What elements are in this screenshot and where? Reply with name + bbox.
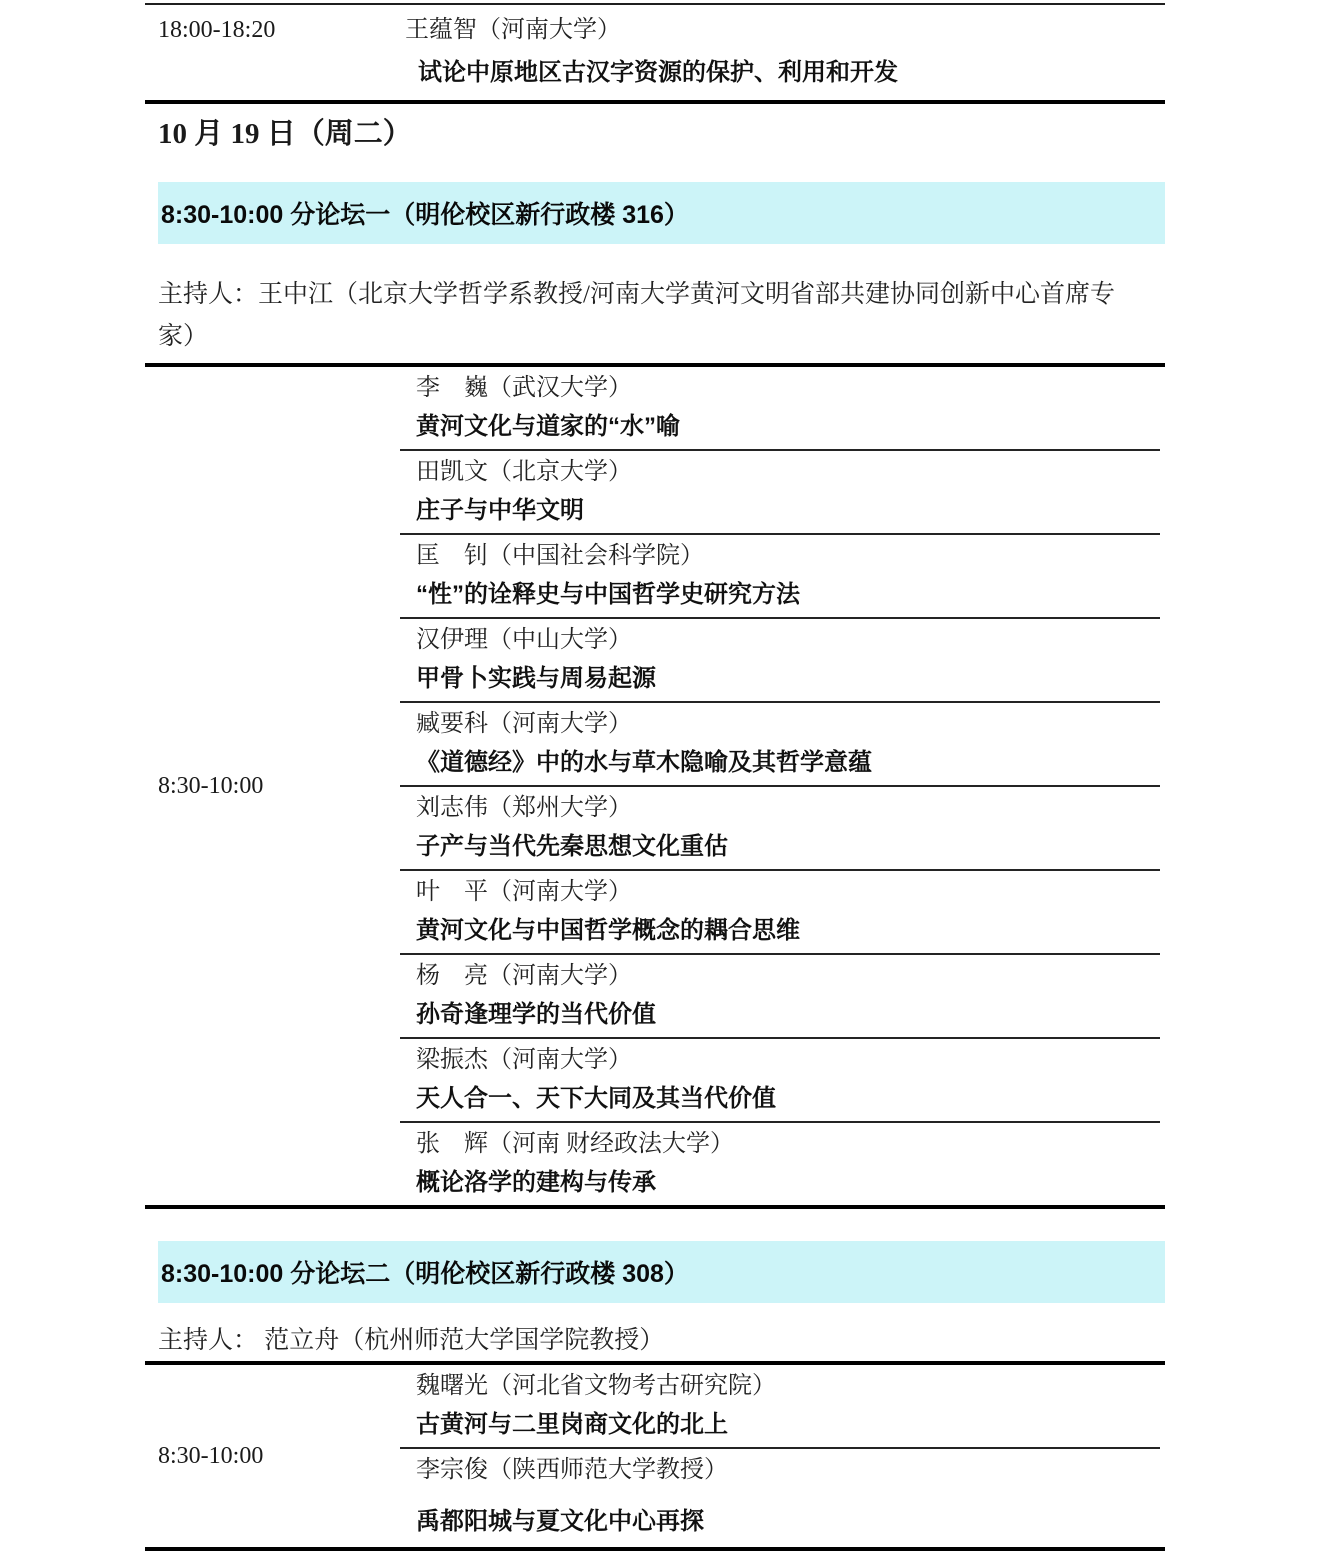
talk-row: 田凯文（北京大学） 庄子与中华文明 — [400, 451, 1160, 535]
session-time: 8:30-10:00 — [158, 772, 263, 800]
session-banner-forum-1: 8:30-10:00 分论坛一（明伦校区新行政楼 316） — [158, 182, 1165, 244]
talk-speaker: 刘志伟（郑州大学） — [416, 795, 1160, 822]
session-table-forum-2: 8:30-10:00 魏曙光（河北省文物考古研究院） 古黄河与二里岗商文化的北上… — [145, 1361, 1165, 1551]
talk-title: 庄子与中华文明 — [416, 497, 1160, 524]
date-heading: 10 月 19 日（周二） — [158, 116, 1165, 152]
talk-title: 黄河文化与道家的“水”喻 — [416, 413, 1160, 440]
talk-title: 古黄河与二里岗商文化的北上 — [416, 1411, 1160, 1438]
page-content: 18:00-18:20 王蕴智（河南大学） 试论中原地区古汉字资源的保护、利用和… — [145, 3, 1165, 1551]
talk-speaker: 魏曙光（河北省文物考古研究院） — [416, 1373, 1160, 1400]
talk-speaker: 杨 亮（河南大学） — [416, 963, 1160, 990]
talk-title: 甲骨卜实践与周易起源 — [416, 665, 1160, 692]
session-table-forum-1: 8:30-10:00 李 巍（武汉大学） 黄河文化与道家的“水”喻 田凯文（北京… — [145, 363, 1165, 1209]
previous-session-line1: 18:00-18:20 王蕴智（河南大学） — [145, 15, 1165, 45]
talk-title: 试论中原地区古汉字资源的保护、利用和开发 — [418, 58, 1165, 88]
talk-title: 禹都阳城与夏文化中心再探 — [416, 1508, 1160, 1535]
session-time: 18:00-18:20 — [145, 15, 405, 45]
talk-speaker: 李宗俊（陕西师范大学教授） — [416, 1457, 1160, 1484]
talk-speaker: 张 辉（河南 财经政法大学） — [416, 1131, 1160, 1158]
session-host-forum-2: 主持人： 范立舟（杭州师范大学国学院教授） — [158, 1323, 1158, 1359]
talk-title: 天人合一、天下大同及其当代价值 — [416, 1085, 1160, 1112]
talk-title: “性”的诠释史与中国哲学史研究方法 — [416, 581, 1160, 608]
session-banner-forum-2: 8:30-10:00 分论坛二（明伦校区新行政楼 308） — [158, 1241, 1165, 1303]
talk-speaker: 臧要科（河南大学） — [416, 711, 1160, 738]
talk-speaker: 梁振杰（河南大学） — [416, 1047, 1160, 1074]
talk-row: 李宗俊（陕西师范大学教授） 禹都阳城与夏文化中心再探 — [400, 1449, 1160, 1547]
talk-speaker: 叶 平（河南大学） — [416, 879, 1160, 906]
host-line: 家） — [158, 316, 1158, 358]
session-time: 8:30-10:00 — [158, 1442, 263, 1470]
talk-row: 梁振杰（河南大学） 天人合一、天下大同及其当代价值 — [400, 1039, 1160, 1123]
conference-program-page: { "colors": { "banner_bg": "#ccf4f8", "r… — [0, 0, 1323, 1559]
talk-row: 臧要科（河南大学） 《道德经》中的水与草木隐喻及其哲学意蕴 — [400, 703, 1160, 787]
talk-title: 黄河文化与中国哲学概念的耦合思维 — [416, 917, 1160, 944]
talk-row: 汉伊理（中山大学） 甲骨卜实践与周易起源 — [400, 619, 1160, 703]
talk-title: 孙奇逢理学的当代价值 — [416, 1001, 1160, 1028]
session-host-forum-1: 主持人：王中江（北京大学哲学系教授/河南大学黄河文明省部共建协同创新中心首席专 … — [158, 274, 1158, 358]
talk-row: 刘志伟（郑州大学） 子产与当代先秦思想文化重估 — [400, 787, 1160, 871]
talk-speaker: 汉伊理（中山大学） — [416, 627, 1160, 654]
talk-speaker: 李 巍（武汉大学） — [416, 375, 1160, 402]
talk-row: 魏曙光（河北省文物考古研究院） 古黄河与二里岗商文化的北上 — [400, 1365, 1160, 1449]
talk-title: 概论洛学的建构与传承 — [416, 1169, 1160, 1196]
talk-row: 杨 亮（河南大学） 孙奇逢理学的当代价值 — [400, 955, 1160, 1039]
talk-list: 魏曙光（河北省文物考古研究院） 古黄河与二里岗商文化的北上 李宗俊（陕西师范大学… — [400, 1365, 1160, 1547]
talk-row: 李 巍（武汉大学） 黄河文化与道家的“水”喻 — [400, 367, 1160, 451]
host-line: 主持人： 范立舟（杭州师范大学国学院教授） — [158, 1323, 1158, 1359]
previous-session-row: 18:00-18:20 王蕴智（河南大学） 试论中原地区古汉字资源的保护、利用和… — [145, 3, 1165, 104]
talk-speaker: 田凯文（北京大学） — [416, 459, 1160, 486]
talk-title: 《道德经》中的水与草木隐喻及其哲学意蕴 — [416, 749, 1160, 776]
host-line: 主持人：王中江（北京大学哲学系教授/河南大学黄河文明省部共建协同创新中心首席专 — [158, 274, 1158, 316]
talk-speaker: 王蕴智（河南大学） — [405, 15, 621, 45]
talk-title: 子产与当代先秦思想文化重估 — [416, 833, 1160, 860]
talk-list: 李 巍（武汉大学） 黄河文化与道家的“水”喻 田凯文（北京大学） 庄子与中华文明… — [400, 367, 1160, 1205]
talk-speaker: 匡 钊（中国社会科学院） — [416, 543, 1160, 570]
talk-row: 叶 平（河南大学） 黄河文化与中国哲学概念的耦合思维 — [400, 871, 1160, 955]
talk-row: 匡 钊（中国社会科学院） “性”的诠释史与中国哲学史研究方法 — [400, 535, 1160, 619]
talk-row: 张 辉（河南 财经政法大学） 概论洛学的建构与传承 — [400, 1123, 1160, 1205]
